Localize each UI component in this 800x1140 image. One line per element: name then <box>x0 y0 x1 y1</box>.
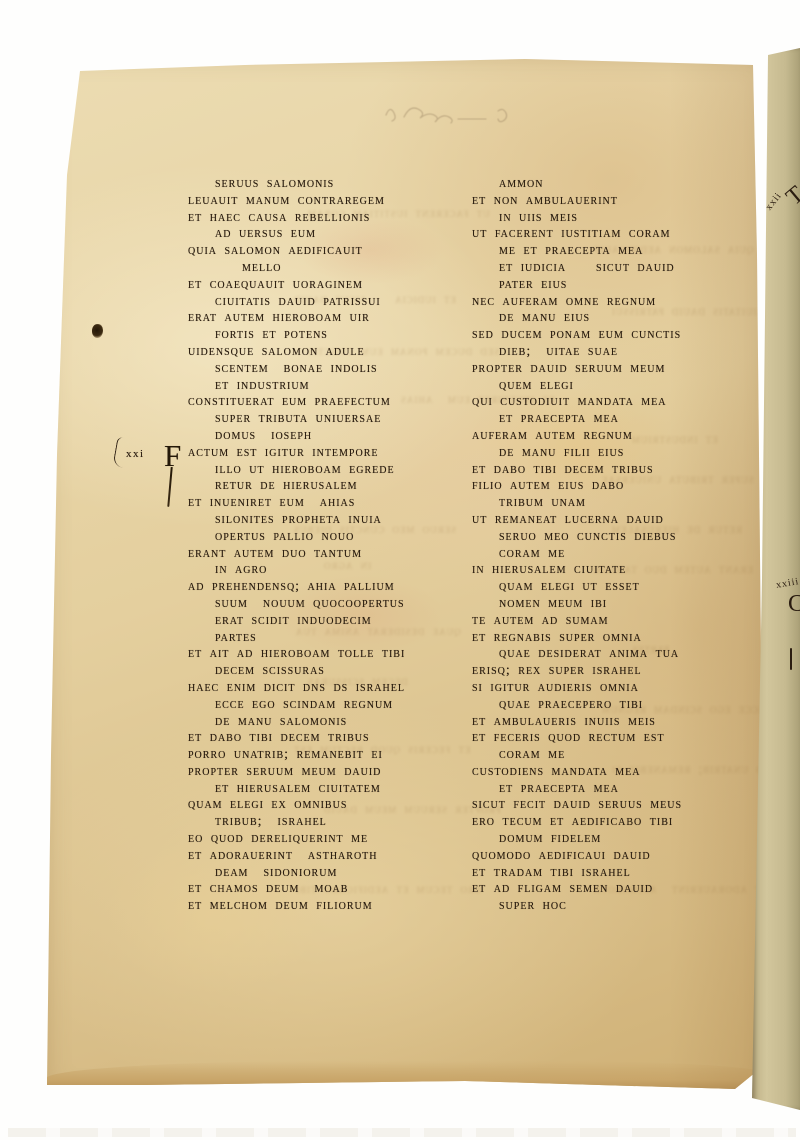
manuscript-line: eo quod dereliquerint me <box>188 831 493 848</box>
manuscript-line: porro unatrib; remanebit ei <box>188 747 493 764</box>
page-stack-band <box>8 1128 796 1137</box>
manuscript-line: silonites propheta inuia <box>188 512 493 529</box>
manuscript-line: dieb; uitae suae <box>472 344 777 361</box>
manuscript-line: si igitur audieris omnia <box>472 680 777 697</box>
manuscript-line: deam sidoniorum <box>188 865 493 882</box>
manuscript-line: et iudicia sicut dauid <box>472 260 777 277</box>
facing-page-partial-letter: C <box>788 592 800 616</box>
manuscript-line: et industrium <box>188 378 493 395</box>
manuscript-line: me et praecepta mea <box>472 243 777 260</box>
manuscript-line: et ait ad hieroboam tolle tibi <box>188 646 493 663</box>
manuscript-line: partes <box>188 630 493 647</box>
manuscript-line: te autem ad sumam <box>472 613 777 630</box>
manuscript-line: suum nouum quocoopertus <box>188 596 493 613</box>
manuscript-line: fortis et potens <box>188 327 493 344</box>
manuscript-line: quam elegi ex omnibus <box>188 797 493 814</box>
manuscript-line: quam elegi ut esset <box>472 579 777 596</box>
manuscript-line: de manu eius <box>472 310 777 327</box>
manuscript-line: erat scidit induodecim <box>188 613 493 630</box>
manuscript-line: ad prehendensq; ahia pallium <box>188 579 493 596</box>
manuscript-line: decem scissuras <box>188 663 493 680</box>
manuscript-line: in agro <box>188 562 493 579</box>
manuscript-line: in uiis meis <box>472 210 777 227</box>
manuscript-line: et praecepta mea <box>472 781 777 798</box>
manuscript-line: in hierusalem ciuitate <box>472 562 777 579</box>
manuscript-line: et melchom deum filiorum <box>188 898 493 915</box>
manuscript-line: uidensque salomon adule <box>188 344 493 361</box>
manuscript-line: domum fidelem <box>472 831 777 848</box>
manuscript-line: super tributa uniuersae <box>188 411 493 428</box>
manuscript-line: et tradam tibi israhel <box>472 865 777 882</box>
manuscript-line: et adorauerint astharoth <box>188 848 493 865</box>
manuscript-line: ciuitatis dauid patrissui <box>188 294 493 311</box>
manuscript-line: seruo meo cunctis diebus <box>472 529 777 546</box>
manuscript-line: quomodo aedificaui dauid <box>472 848 777 865</box>
manuscript-line: leuauit manum contraregem <box>188 193 493 210</box>
manuscript-line: et inueniret eum ahias <box>188 495 493 512</box>
manuscript-line: auferam autem regnum <box>472 428 777 445</box>
manuscript-line: ammon <box>472 176 777 193</box>
manuscript-line: pater eius <box>472 277 777 294</box>
manuscript-line: et praecepta mea <box>472 411 777 428</box>
manuscript-line: opertus pallio nouo <box>188 529 493 546</box>
manuscript-line: et ad fligam semen dauid <box>472 881 777 898</box>
manuscript-line: et chamos deum moab <box>188 881 493 898</box>
text-column-left: seruus salomonisleuauit manum contrarege… <box>188 176 493 915</box>
manuscript-line: ad uersus eum <box>188 226 493 243</box>
manuscript-line: coram me <box>472 747 777 764</box>
manuscript-line: tribum unam <box>472 495 777 512</box>
manuscript-line: propter seruum meum dauid <box>188 764 493 781</box>
wormhole <box>92 324 103 338</box>
manuscript-line: quae praecepero tibi <box>472 697 777 714</box>
manuscript-line: filio autem eius dabo <box>472 478 777 495</box>
chapter-number-marginal: xxi <box>126 446 145 463</box>
manuscript-line: et haec causa rebellionis <box>188 210 493 227</box>
manuscript-line: seruus salomonis <box>188 176 493 193</box>
faint-inscription <box>380 93 530 127</box>
manuscript-line: ecce ego scindam regnum <box>188 697 493 714</box>
edge-chapter-number: xxii <box>763 190 784 212</box>
manuscript-line: et regnabis super omnia <box>472 630 777 647</box>
manuscript-line: scentem bonae indolis <box>188 361 493 378</box>
chapter-initial: F <box>164 440 181 471</box>
manuscript-line: propter dauid seruum meum <box>472 361 777 378</box>
parchment-bottom-edge <box>45 1061 771 1095</box>
manuscript-line: ut facerent iustitiam coram <box>472 226 777 243</box>
manuscript-line: qui custodiuit mandata mea <box>472 394 777 411</box>
manuscript-line: tribub; israhel <box>188 814 493 831</box>
manuscript-line: et dabo tibi decem tribus <box>188 730 493 747</box>
edge-chapter-number: xxiii <box>775 576 800 591</box>
manuscript-line: coram me <box>472 546 777 563</box>
manuscript-line: erant autem duo tantum <box>188 546 493 563</box>
manuscript-line: constituerat eum praefectum <box>188 394 493 411</box>
manuscript-line: domus ioseph <box>188 428 493 445</box>
manuscript-line: quem elegi <box>472 378 777 395</box>
manuscript-line: erisq; rex super israhel <box>472 663 777 680</box>
manuscript-line: et ambulaueris inuiis meis <box>472 714 777 731</box>
manuscript-line: de manu filii eius <box>472 445 777 462</box>
manuscript-line: retur de hierusalem <box>188 478 493 495</box>
manuscript-line: et non ambulauerint <box>472 193 777 210</box>
manuscript-line: et hierusalem ciuitatem <box>188 781 493 798</box>
manuscript-line: de manu salomonis <box>188 714 493 731</box>
manuscript-line: sed ducem ponam eum cunctis <box>472 327 777 344</box>
manuscript-line: custodiens mandata mea <box>472 764 777 781</box>
manuscript-line: sicut fecit dauid seruus meus <box>472 797 777 814</box>
text-column-right: ammonet non ambulauerintin uiis meisut f… <box>472 176 777 915</box>
manuscript-line: erat autem hieroboam uir <box>188 310 493 327</box>
manuscript-line: et feceris quod rectum est <box>472 730 777 747</box>
manuscript-line: nomen meum ibi <box>472 596 777 613</box>
manuscript-line: ero tecum et aedificabo tibi <box>472 814 777 831</box>
manuscript-line: super hoc <box>472 898 777 915</box>
manuscript-photo: { "document": { "description": "uncial m… <box>0 0 800 1140</box>
manuscript-line: ut remaneat lucerna dauid <box>472 512 777 529</box>
manuscript-line: haec enim dicit dns ds israhel <box>188 680 493 697</box>
manuscript-line: quae desiderat anima tua <box>472 646 777 663</box>
manuscript-line: et dabo tibi decem tribus <box>472 462 777 479</box>
manuscript-line: quia salomon aedificauit <box>188 243 493 260</box>
manuscript-line: et coaequauit uoraginem <box>188 277 493 294</box>
manuscript-line: xxiFactum est igitur intempore <box>188 445 493 462</box>
manuscript-line: nec auferam omne regnum <box>472 294 777 311</box>
manuscript-line: mello <box>188 260 493 277</box>
parchment-page: ut facerent iustitiam coramet iudicia si… <box>45 55 771 1095</box>
manuscript-line: illo ut hieroboam egrede <box>188 462 493 479</box>
facing-page-partial-letter <box>790 648 792 670</box>
facing-page-partial-letter: T <box>782 182 800 210</box>
